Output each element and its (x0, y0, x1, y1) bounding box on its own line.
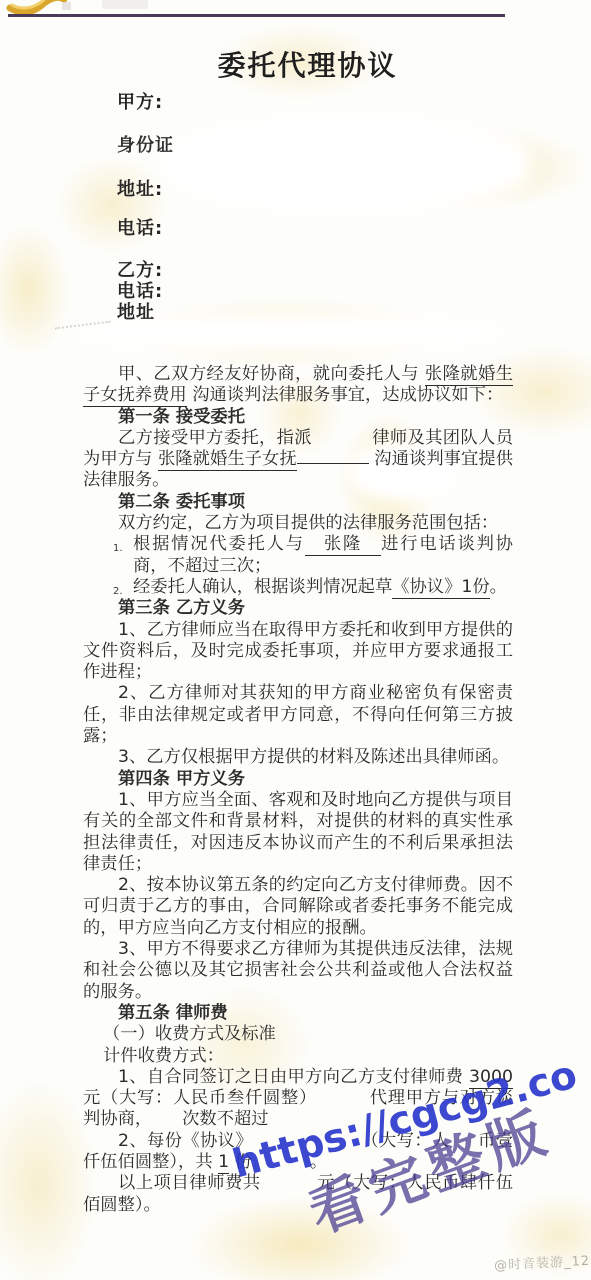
doc-text: 次数不超过 (182, 1109, 268, 1129)
doc-text: 第五条 律师费 (118, 1003, 228, 1023)
underlined-text: 张隆就婚生子女抚 (158, 449, 297, 471)
doc-paragraph: （一）收费方式及标准 (83, 1024, 513, 1045)
field-label-party-a-address: 地址: (117, 175, 163, 201)
doc-text: 第三条 乙方义务 (118, 598, 245, 618)
blurred-gap (297, 449, 369, 464)
doc-paragraph: 1、乙方律师应当在取得甲方委托和收到甲方提供的文件资料后，及时完成委托事项，并应… (83, 620, 513, 684)
doc-paragraph: 3、甲方不得要求乙方律师为其提供违反法律，法规和社会公德以及其它损害社会公共利益… (83, 939, 513, 1003)
field-label-party-b-address: 地址 (117, 298, 155, 324)
doc-text: 甲、乙双方经友好协商，就向委托人与 (118, 364, 425, 384)
doc-heading: 第四条 甲方义务 (83, 769, 513, 790)
doc-text: 1、乙方律师应当在取得甲方委托和收到甲方提供的文件资料后，及时完成委托事项，并应… (83, 620, 513, 683)
document-photo: 委托代理协议 甲方: 身份证 地址: 电话: 乙方: 电话: 地址 甲、乙双方经… (0, 0, 591, 1280)
doc-paragraph: 2、按本协议第五条的约定向乙方支付律师费。因不可归责于乙方的事由，合同解除或者委… (83, 875, 513, 939)
header-divider (8, 14, 505, 17)
doc-text: 2、乙方律师对其获知的甲方商业秘密负有保密责任，非由法律规定或者甲方同意，不得向… (83, 683, 513, 746)
doc-text: 根据情况代委托人与 (133, 534, 305, 554)
list-marker: 2. (113, 581, 123, 602)
doc-paragraph: 乙方接受甲方委托，指派律师及其团队人员为甲方与 张隆就婚生子女抚 沟通谈判事宜提… (83, 428, 513, 492)
faded-header-mark (102, 0, 148, 9)
doc-text: 3、乙方仅根据甲方提供的材料及陈述出具律师函。 (118, 747, 509, 767)
blurred-gap (317, 1090, 369, 1103)
doc-paragraph: 甲、乙双方经友好协商，就向委托人与 张隆就婚生子女抚养费用 沟通谈判法律服务事宜… (83, 364, 513, 407)
doc-paragraph: 3、乙方仅根据甲方提供的材料及陈述出具律师函。 (83, 747, 513, 768)
redaction-patch (160, 114, 532, 214)
doc-text: 计件收费方式： (103, 1046, 224, 1066)
faded-header-mark (62, 2, 71, 10)
doc-text: 1、自合同签订之日由甲方向乙方支付律师费 (118, 1067, 469, 1087)
blurred-gap (312, 430, 372, 443)
doc-text: （一）收费方式及标准 (103, 1024, 276, 1044)
doc-paragraph: 计件收费方式： (83, 1046, 513, 1067)
logo-swoosh-icon (6, 0, 68, 20)
field-label-party-a-id: 身份证 (117, 131, 174, 157)
doc-heading: 第五条 律师费 (83, 1003, 513, 1024)
doc-text: 经委托人确认，根据谈判情况起草 (133, 577, 392, 597)
list-marker: 1. (113, 538, 123, 559)
doc-text: 第一条 接受委托 (118, 407, 245, 427)
doc-heading: 第三条 乙方义务 (83, 598, 513, 619)
doc-text: 乙方接受甲方委托，指派 (118, 428, 312, 448)
doc-text: 1、甲方应当全面、客观和及时地向乙方提供与项目有关的全部文件和背景材料，对提供的… (83, 790, 513, 874)
doc-heading: 第一条 接受委托 (83, 407, 513, 428)
doc-text: 沟通谈判法律服务事宜，达成协议如下： (187, 385, 504, 405)
doc-text: 3、甲方不得要求乙方律师为其提供违反法律，法规和社会公德以及其它损害社会公共利益… (83, 939, 513, 1002)
doc-text: 2、按本协议第五条的约定向乙方支付律师费。因不可归责于乙方的事由，合同解除或者委… (83, 875, 513, 938)
doc-list-item: 1.根据情况代委托人与 张隆 进行电话谈判协商，不超过三次； (133, 534, 513, 577)
underlined-text: 张隆 (305, 534, 381, 556)
underlined-text: 1 (218, 1152, 229, 1174)
blurred-gap (152, 1111, 182, 1124)
doc-text: 第四条 甲方义务 (118, 769, 245, 789)
field-label-party-a-phone: 电话: (117, 214, 163, 240)
doc-text: 第二条 委托事项 (118, 492, 245, 512)
doc-paragraph: 双方约定，乙方为项目提供的法律服务范围包括： (83, 513, 513, 534)
doc-heading: 第二条 委托事项 (83, 492, 513, 513)
weibo-watermark: @时音装游_123 (494, 1249, 591, 1273)
field-label-party-a-name: 甲方: (117, 88, 163, 114)
doc-text: 。 (490, 577, 507, 597)
doc-text: 双方约定，乙方为项目提供的法律服务范围包括： (118, 513, 498, 533)
doc-paragraph: 2、乙方律师对其获知的甲方商业秘密负有保密责任，非由法律规定或者甲方同意，不得向… (83, 683, 513, 747)
underlined-text: 《协议》1份 (392, 577, 489, 599)
page-title: 委托代理协议 (0, 44, 591, 84)
doc-text: 元（大写：人民币叁仟圆整） (83, 1088, 317, 1108)
doc-paragraph: 1、甲方应当全面、客观和及时地向乙方提供与项目有关的全部文件和背景材料，对提供的… (83, 790, 513, 875)
doc-list-item: 2.经委托人确认，根据谈判情况起草《协议》1份。 (133, 577, 513, 598)
